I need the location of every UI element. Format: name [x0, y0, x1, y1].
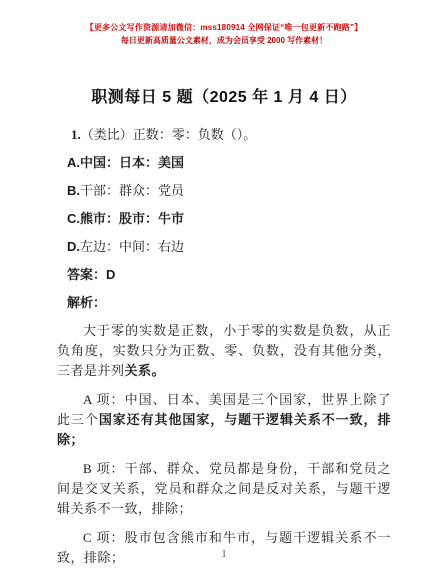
- answer-value: D: [106, 267, 115, 282]
- answer-label: 答案：: [67, 267, 106, 282]
- analysis-text-run: B 项：干部、群众、党员都是身份，干部和党员之间是交叉关系，党员和群众之间是反对…: [57, 461, 391, 516]
- page-number: 1: [0, 548, 448, 560]
- option-label: C.: [67, 211, 80, 226]
- analysis-bold-run: 国家还有其他国家，与题干逻辑关系不一致，排除；: [57, 412, 391, 447]
- page-title: 职测每日 5 题（2025 年 1 月 4 日）: [57, 84, 391, 107]
- analysis-paragraphs: 大于零的实数是正数，小于零的实数是负数，从正负角度，实数只分为正数、零、负数，没…: [57, 321, 391, 568]
- option-text: 左边：中间：右边: [80, 239, 184, 254]
- option-label: D.: [67, 239, 80, 254]
- promo-line-2: 每日更新高质量公文素材，成为会员享受 2000 写作素材！: [57, 35, 391, 47]
- promo-banner: 【更多公文写作资源请加微信：mss180914 全网保证“唯一包更新不跑路”】 …: [57, 22, 391, 47]
- question-stem: 1.（类比）正数：零：负数（）。: [71, 126, 391, 144]
- option-row: D.左边：中间：右边: [67, 238, 391, 256]
- option-text: 中国：日本：美国: [80, 155, 184, 170]
- options-list: A.中国：日本：美国B.干部：群众：党员C.熊市：股市：牛市D.左边：中间：右边: [57, 154, 391, 256]
- option-text: 干部：群众：党员: [80, 183, 184, 198]
- analysis-bold-run: 关系。: [125, 363, 166, 378]
- analysis-paragraph: 大于零的实数是正数，小于零的实数是负数，从正负角度，实数只分为正数、零、负数，没…: [57, 321, 391, 381]
- question-text: （类比）正数：零：负数（）。: [81, 127, 257, 142]
- question-number: 1.: [71, 127, 81, 142]
- option-label: A.: [67, 155, 80, 170]
- option-row: C.熊市：股市：牛市: [67, 210, 391, 228]
- document-page: 【更多公文写作资源请加微信：mss180914 全网保证“唯一包更新不跑路”】 …: [0, 0, 448, 580]
- option-text: 熊市：股市：牛市: [80, 211, 184, 226]
- analysis-label: 解析：: [67, 294, 391, 312]
- option-row: B.干部：群众：党员: [67, 182, 391, 200]
- promo-line-1: 【更多公文写作资源请加微信：mss180914 全网保证“唯一包更新不跑路”】: [57, 22, 391, 34]
- answer-line: 答案：D: [67, 266, 391, 284]
- option-label: B.: [67, 183, 80, 198]
- analysis-text-run: 大于零的实数是正数，小于零的实数是负数，从正负角度，实数只分为正数、零、负数，没…: [57, 323, 391, 378]
- option-row: A.中国：日本：美国: [67, 154, 391, 172]
- analysis-paragraph: B 项：干部、群众、党员都是身份，干部和党员之间是交叉关系，党员和群众之间是反对…: [57, 459, 391, 519]
- analysis-paragraph: A 项：中国、日本、美国是三个国家，世界上除了此三个国家还有其他国家，与题干逻辑…: [57, 390, 391, 450]
